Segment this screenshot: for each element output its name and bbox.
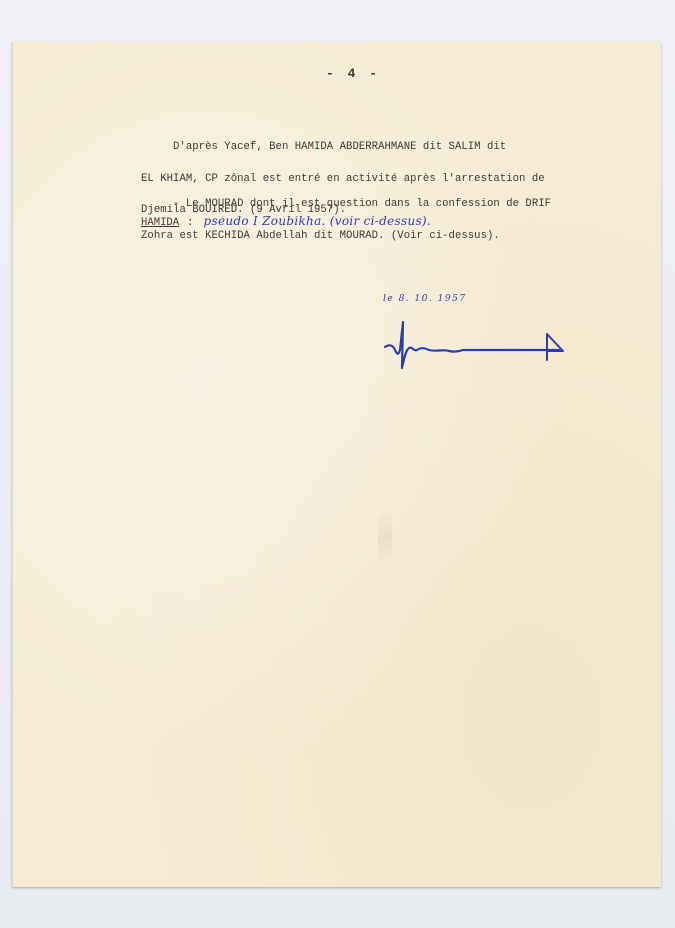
- handwritten-date: le 8. 10. 1957: [383, 294, 467, 304]
- paragraph-line: D'après Yacef, Ben HAMIDA ABDERRAHMANE d…: [141, 142, 545, 153]
- page-number: - 4 -: [326, 66, 380, 81]
- paper-crease: [378, 512, 392, 562]
- document-page: - 4 - D'après Yacef, Ben HAMIDA ABDERRAH…: [12, 42, 661, 887]
- hamida-label: HAMIDA: [141, 217, 179, 229]
- hamida-annotation: HAMIDA : pseudo I Zoubikha. (voir ci-des…: [141, 214, 431, 229]
- handwritten-note: pseudo I Zoubikha. (voir ci-dessus).: [204, 214, 432, 228]
- paragraph-line: - Le MOURAD dont il est question dans la…: [141, 199, 551, 210]
- hamida-colon: :: [187, 217, 193, 229]
- paragraph-line: Zohra est KECHIDA Abdellah dit MOURAD. (…: [141, 231, 551, 242]
- signature-icon: [381, 314, 571, 374]
